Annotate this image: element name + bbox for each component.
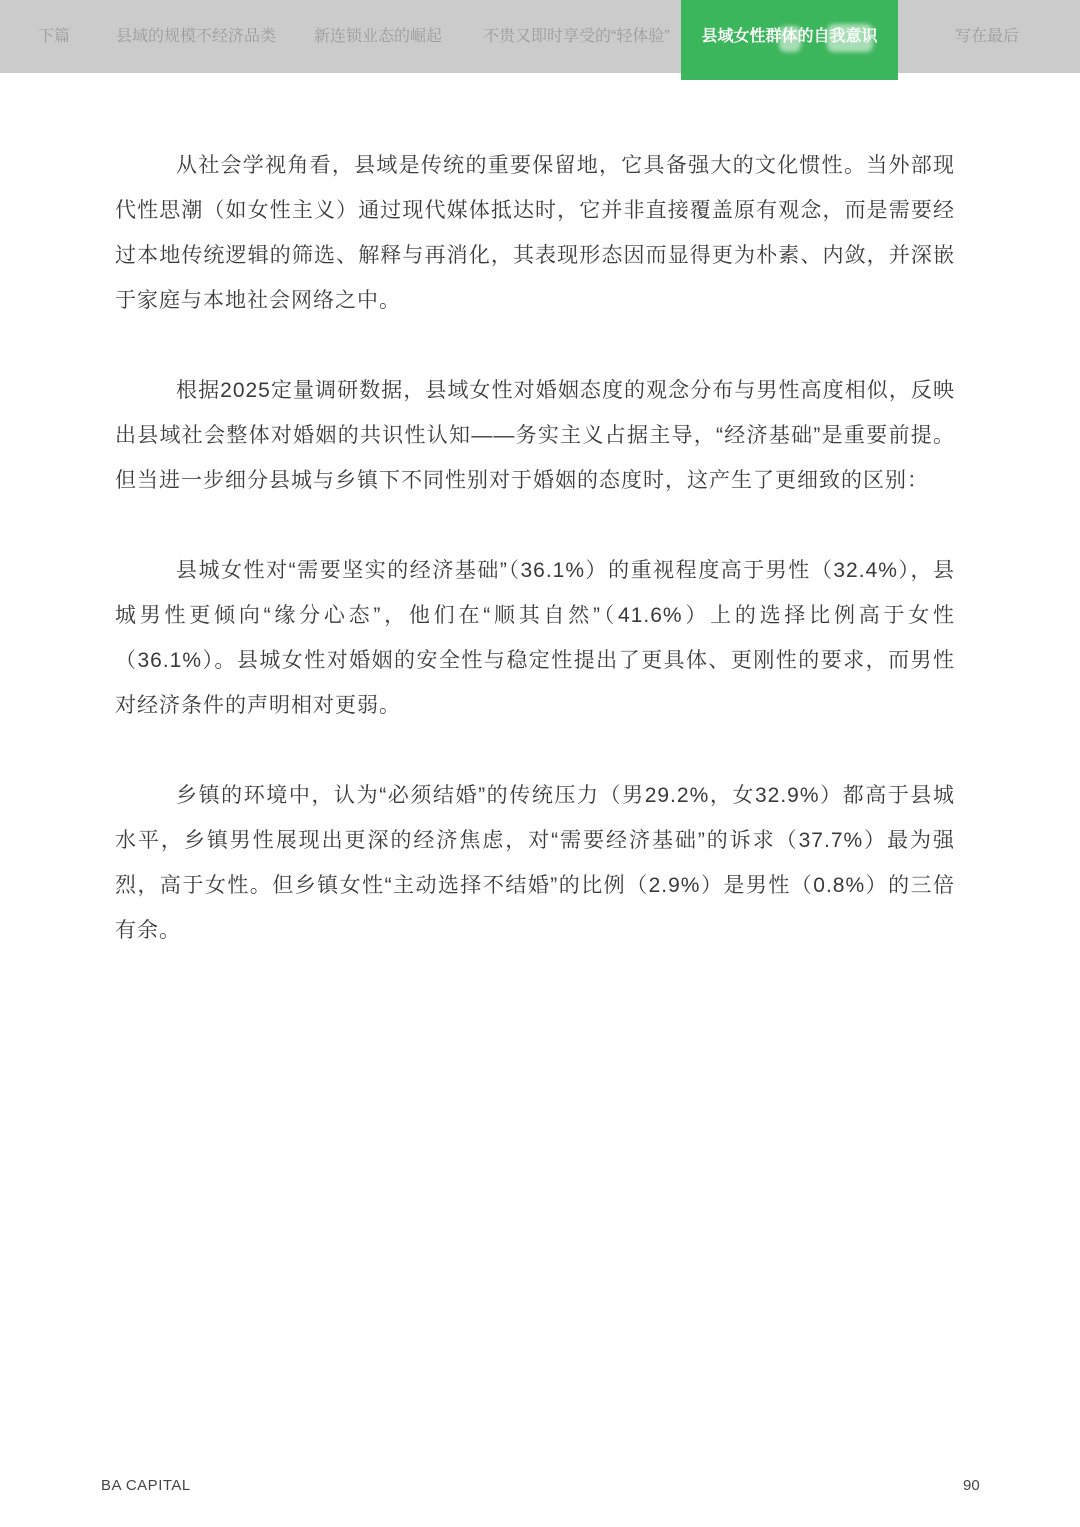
nav-tab-new-chain-formats[interactable]: 新连锁业态的崛起 [314, 0, 442, 73]
active-tab-label: 县域女性群体的自我意识 [701, 28, 877, 45]
body-text: 从社会学视角看，县域是传统的重要保留地，它具备强大的文化惯性。当外部现代性思潮（… [115, 143, 955, 998]
nav-tab-county-women-self-awareness[interactable]: 县域女性群体的自我意识 [681, 0, 898, 80]
nav-tab-light-experience[interactable]: 不贵又即时享受的“轻体验” [483, 0, 670, 73]
report-page: 下篇 县域的规模不经济品类 新连锁业态的崛起 不贵又即时享受的“轻体验” 县域女… [0, 0, 1080, 1527]
nav-tab-epilogue[interactable]: 写在最后 [955, 0, 1019, 73]
footer-brand: BA CAPITAL [101, 1477, 191, 1494]
paragraph: 乡镇的环境中，认为“必须结婚”的传统压力（男29.2%，女32.9%）都高于县城… [115, 773, 955, 953]
paragraph: 根据2025定量调研数据，县域女性对婚姻态度的观念分布与男性高度相似，反映出县域… [115, 368, 955, 503]
top-nav: 下篇 县域的规模不经济品类 新连锁业态的崛起 不贵又即时享受的“轻体验” 县域女… [0, 0, 1080, 73]
nav-tab-county-diseconomies[interactable]: 县域的规模不经济品类 [116, 0, 276, 73]
paragraph: 县城女性对“需要坚实的经济基础”（36.1%）的重视程度高于男性（32.4%），… [115, 548, 955, 728]
paragraph: 从社会学视角看，县域是传统的重要保留地，它具备强大的文化惯性。当外部现代性思潮（… [115, 143, 955, 323]
page-number: 90 [963, 1477, 980, 1494]
nav-tab-next-part[interactable]: 下篇 [38, 0, 70, 73]
